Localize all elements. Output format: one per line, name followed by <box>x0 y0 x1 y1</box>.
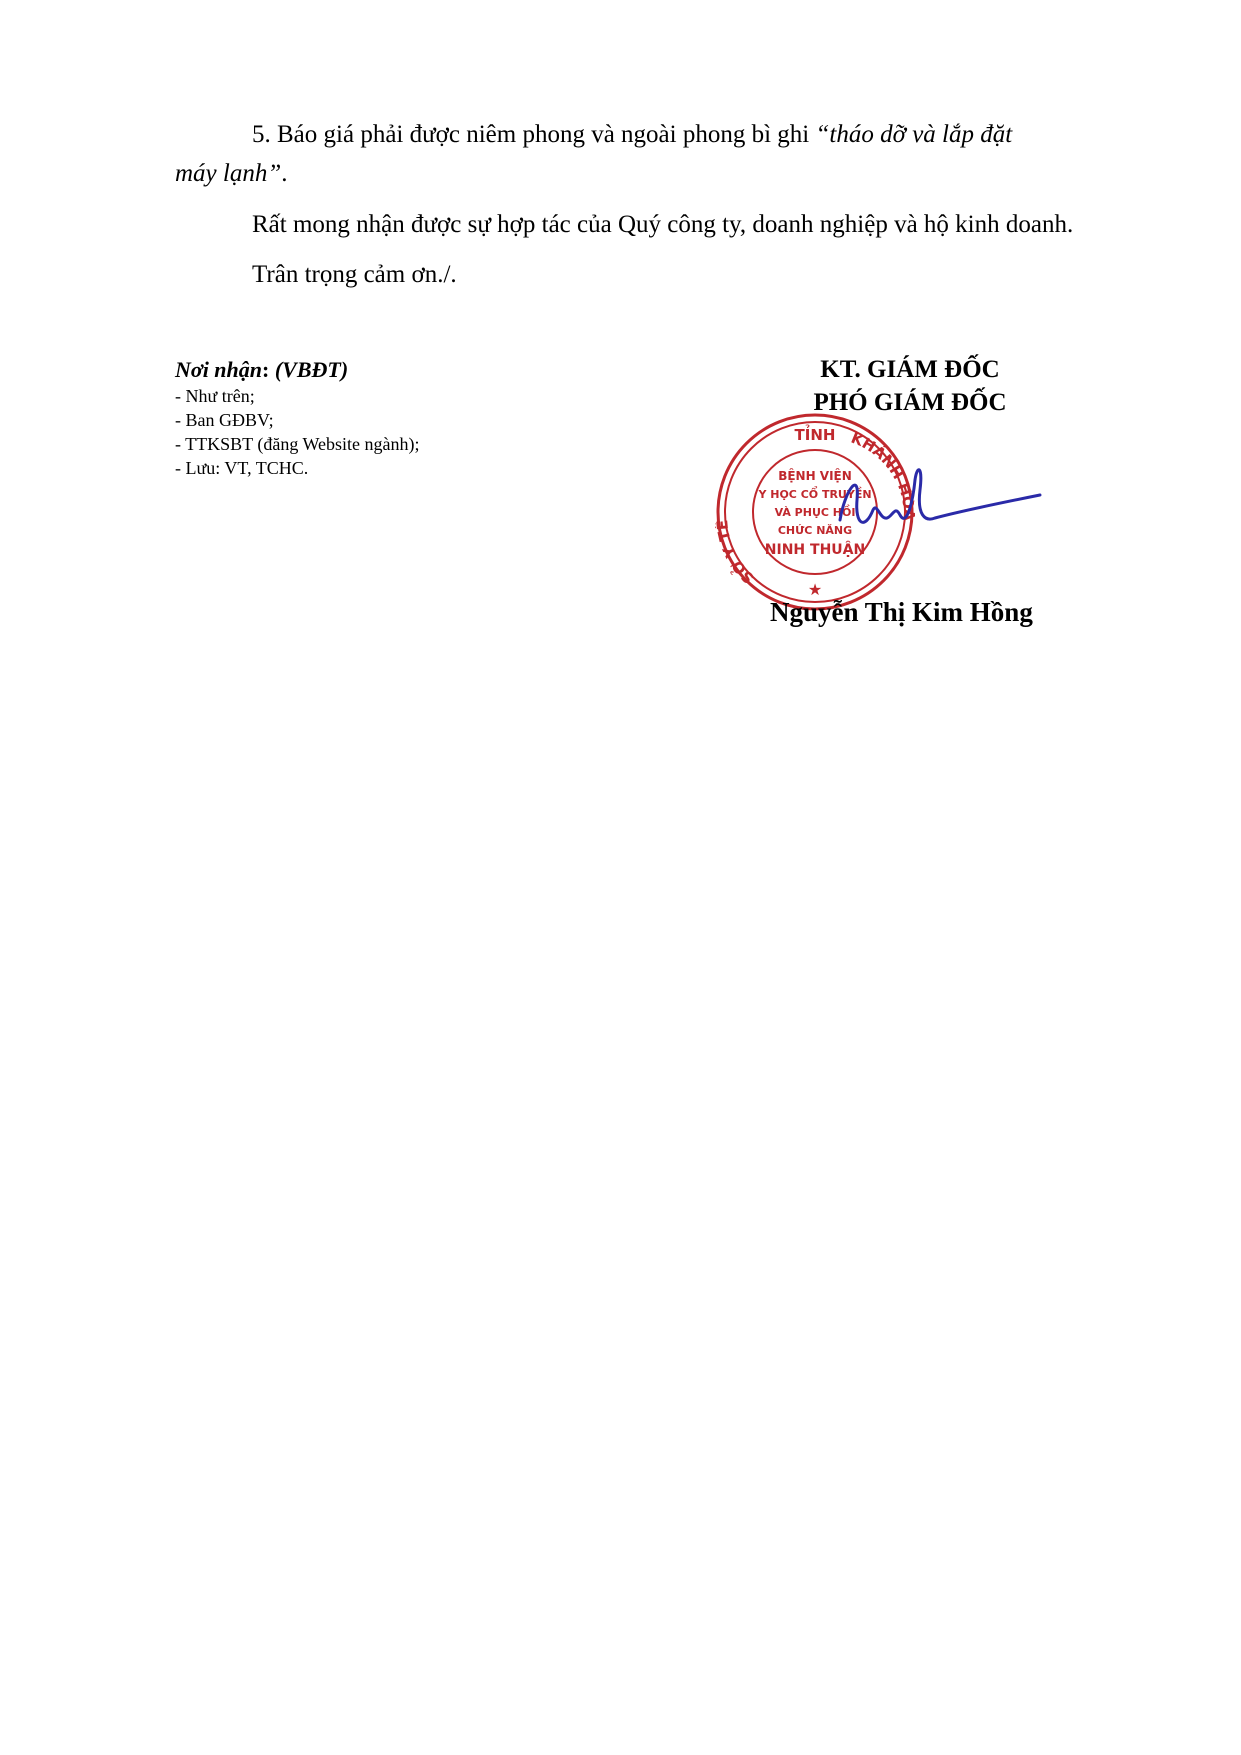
svg-text:SỞ Y TẾ: SỞ Y TẾ <box>715 518 758 587</box>
item-5-quote-end: máy lạnh” <box>175 160 281 187</box>
signer-name: Nguyễn Thị Kim Hồng <box>770 596 1033 628</box>
cooperation-paragraph: Rất mong nhận được sự hợp tác của Quý cô… <box>252 210 1073 240</box>
thanks-paragraph: Trân trọng cảm ơn./. <box>252 260 457 290</box>
recipients-colon: : <box>262 357 275 382</box>
item-5-text: 5. Báo giá phải được niêm phong và ngoài… <box>252 121 816 148</box>
item-5-quote: “tháo dỡ và lắp đặt <box>816 121 1013 148</box>
recipient-item: - TTKSBT (đăng Website ngành); <box>175 432 420 456</box>
handwritten-signature-icon <box>835 460 1045 540</box>
item-5-continuation: máy lạnh”. <box>175 159 288 189</box>
recipient-item: - Như trên; <box>175 384 420 408</box>
recipients-suffix: (VBĐT) <box>275 357 348 382</box>
item-5-paragraph: 5. Báo giá phải được niêm phong và ngoài… <box>252 120 1012 150</box>
recipient-item: - Ban GĐBV; <box>175 408 420 432</box>
item-5-period: . <box>281 160 287 187</box>
recipients-label: Nơi nhận <box>175 357 262 382</box>
signature-title-block: KT. GIÁM ĐỐC PHÓ GIÁM ĐỐC <box>760 353 1060 419</box>
signature-title-line1: KT. GIÁM ĐỐC <box>760 353 1060 386</box>
svg-text:TỈNH: TỈNH <box>795 423 836 444</box>
recipients-block: Nơi nhận: (VBĐT) - Như trên; - Ban GĐBV;… <box>175 356 420 480</box>
svg-text:NINH THUẬN: NINH THUẬN <box>765 540 865 558</box>
recipient-item: - Lưu: VT, TCHC. <box>175 456 420 480</box>
recipients-title: Nơi nhận: (VBĐT) <box>175 356 420 384</box>
